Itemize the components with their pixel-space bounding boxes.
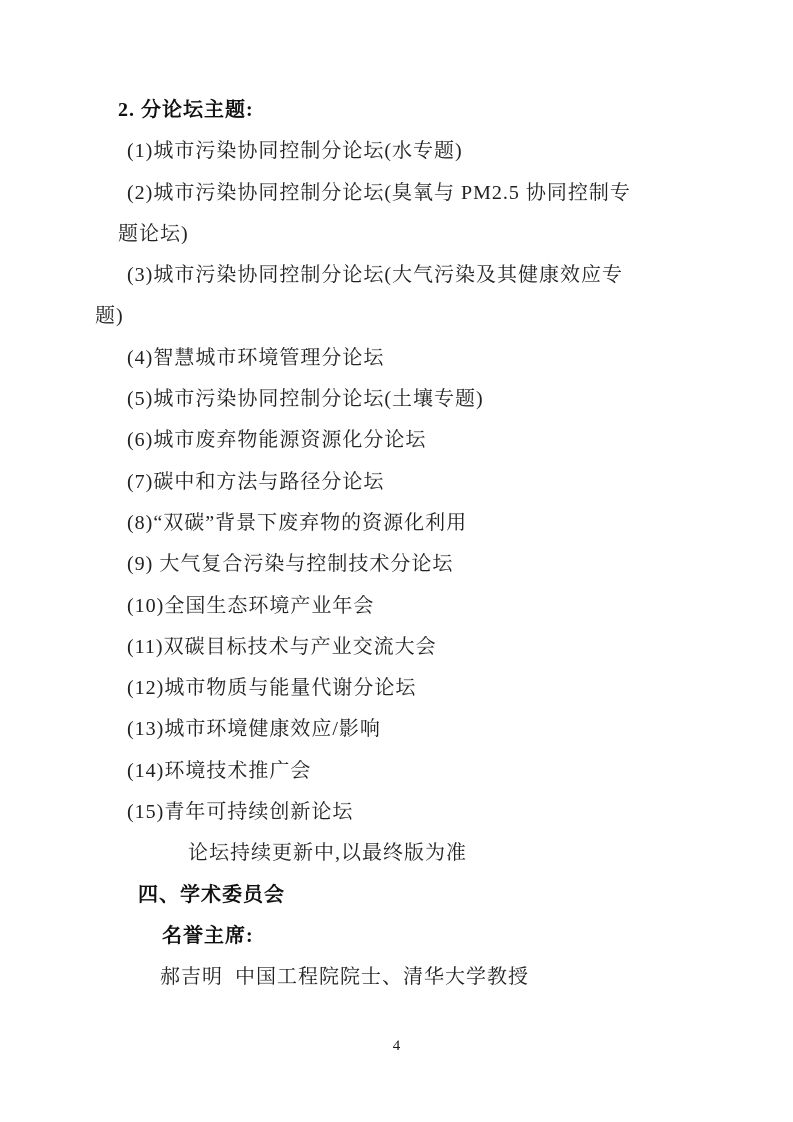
forum-item-9: (9) 大气复合污染与控制技术分论坛 bbox=[95, 544, 698, 585]
forum-item-11: (11)双碳目标技术与产业交流大会 bbox=[95, 627, 698, 668]
forum-item-3-continuation: 题) bbox=[95, 296, 698, 337]
forum-item-1: (1)城市污染协同控制分论坛(水专题) bbox=[95, 131, 698, 172]
forum-item-4: (4)智慧城市环境管理分论坛 bbox=[95, 338, 698, 379]
forum-item-5: (5)城市污染协同控制分论坛(土壤专题) bbox=[95, 379, 698, 420]
forum-item-2: (2)城市污染协同控制分论坛(臭氧与 PM2.5 协同控制专 bbox=[95, 173, 698, 214]
forum-item-13: (13)城市环境健康效应/影响 bbox=[95, 709, 698, 750]
forum-item-12: (12)城市物质与能量代谢分论坛 bbox=[95, 668, 698, 709]
forum-item-6: (6)城市废弃物能源资源化分论坛 bbox=[95, 420, 698, 461]
forum-item-15: (15)青年可持续创新论坛 bbox=[95, 792, 698, 833]
forum-item-7: (7)碳中和方法与路径分论坛 bbox=[95, 462, 698, 503]
section-heading: 2. 分论坛主题: bbox=[95, 90, 698, 131]
document-page: 2. 分论坛主题: (1)城市污染协同控制分论坛(水专题) (2)城市污染协同控… bbox=[0, 0, 793, 1122]
page-number: 4 bbox=[0, 1036, 793, 1056]
forum-item-14: (14)环境技术推广会 bbox=[95, 751, 698, 792]
forum-item-10: (10)全国生态环境产业年会 bbox=[95, 586, 698, 627]
committee-member: 郝吉明 中国工程院院士、清华大学教授 bbox=[95, 957, 698, 998]
forum-item-2-continuation: 题论坛) bbox=[95, 214, 698, 255]
forum-item-3: (3)城市污染协同控制分论坛(大气污染及其健康效应专 bbox=[95, 255, 698, 296]
document-body: 2. 分论坛主题: (1)城市污染协同控制分论坛(水专题) (2)城市污染协同控… bbox=[95, 90, 698, 999]
forum-item-8: (8)“双碳”背景下废弃物的资源化利用 bbox=[95, 503, 698, 544]
section-title-committee: 四、学术委员会 bbox=[95, 875, 698, 916]
update-note: 论坛持续更新中,以最终版为准 bbox=[95, 833, 698, 874]
subsection-honorary-chair: 名誉主席: bbox=[95, 916, 698, 957]
